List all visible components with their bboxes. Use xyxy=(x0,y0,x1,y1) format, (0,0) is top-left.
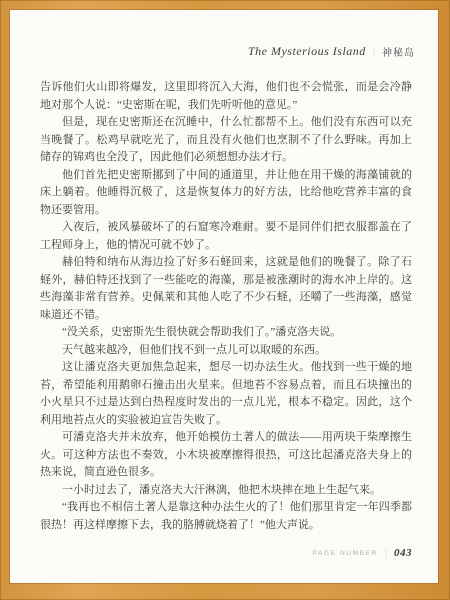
paragraph: 但是，现在史密斯还在沉睡中，什么忙都帮不上。他们没有东西可以充当晚餐了。松鸡早就… xyxy=(40,114,412,167)
paragraph: 他们首先把史密斯挪到了中间的通道里，并让他在用干燥的海藻铺就的床上躺着。他睡得沉… xyxy=(40,167,412,220)
page-footer: PAGE NUMBER | 043 xyxy=(313,547,412,559)
paragraph: 可潘克洛夫并未放弃，他开始模仿土著人的做法——用两块干柴摩擦生火。可这种方法也不… xyxy=(40,429,412,482)
page-number-label: PAGE NUMBER xyxy=(313,550,378,557)
book-title-english: The Mysterious Island xyxy=(248,44,366,59)
page-number-value: 043 xyxy=(394,547,412,559)
book-title-chinese: 神秘岛 xyxy=(382,44,415,59)
paragraph: “我再也不相信土著人是靠这种办法生火的了！他们那里肯定一年四季都很热！再这样摩擦… xyxy=(40,499,412,534)
page-header: The Mysterious Island | 神秘岛 xyxy=(248,44,415,59)
paragraph: “没关系，史密斯先生很快就会帮助我们了。”潘克洛夫说。 xyxy=(40,324,412,342)
header-divider: | xyxy=(373,46,374,58)
book-frame: The Mysterious Island | 神秘岛 告诉他们火山即将爆发，这… xyxy=(0,0,450,600)
footer-divider: | xyxy=(385,547,386,559)
paragraph: 天气越来越冷，但他们找不到一点儿可以取暖的东西。 xyxy=(40,342,412,360)
book-page: The Mysterious Island | 神秘岛 告诉他们火山即将爆发，这… xyxy=(10,10,438,583)
body-text: 告诉他们火山即将爆发，这里即将沉入大海，他们也不会慌张，而是会冷静地对那个人说：… xyxy=(40,79,412,534)
paragraph: 这让潘克洛夫更加焦急起来，想尽一切办法生火。他找到一些干燥的地苔，希望能利用鹅卵… xyxy=(40,359,412,429)
paragraph: 一小时过去了，潘克洛夫大汗淋漓，他把木块摔在地上生起气来。 xyxy=(40,482,412,500)
paragraph: 赫伯特和纳布从海边捡了好多石蛏回来，这就是他们的晚餐了。除了石蛏外，赫伯特还找到… xyxy=(40,254,412,324)
paragraph: 告诉他们火山即将爆发，这里即将沉入大海，他们也不会慌张，而是会冷静地对那个人说：… xyxy=(40,79,412,114)
paragraph: 入夜后，被风暴破坏了的石窟寒冷难耐。要不是同伴们把衣服都盖在了工程师身上，他的情… xyxy=(40,219,412,254)
